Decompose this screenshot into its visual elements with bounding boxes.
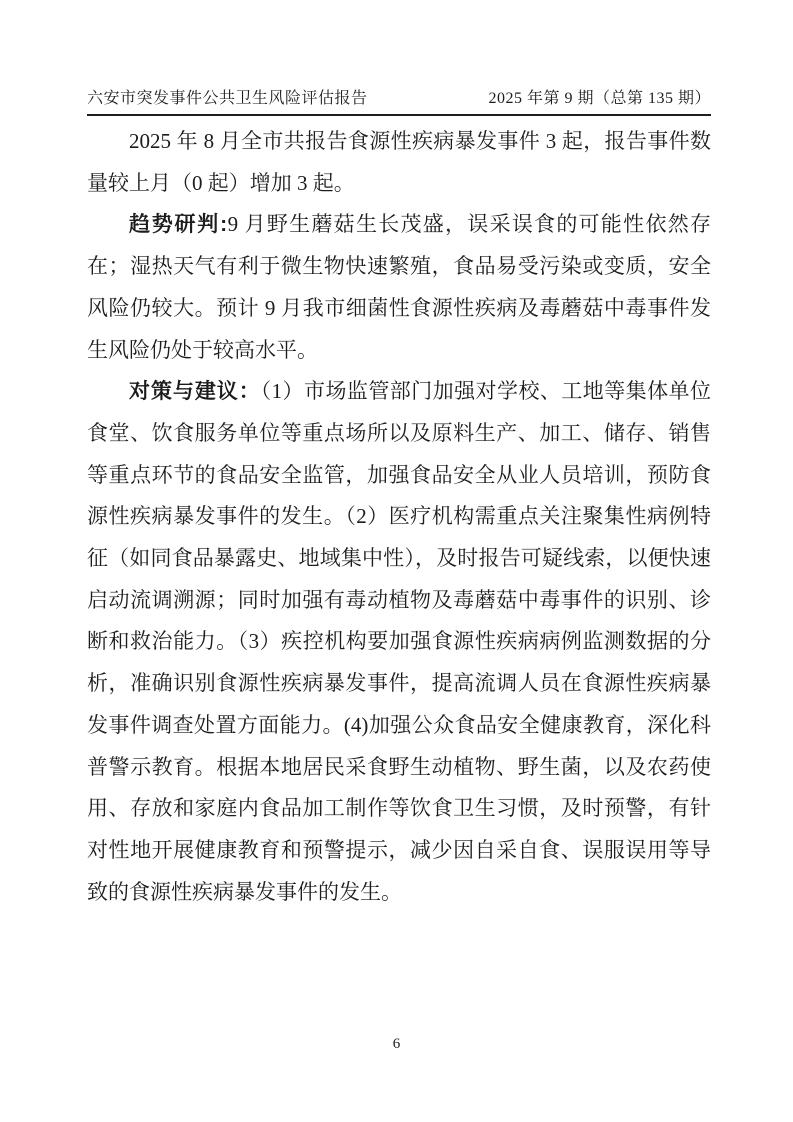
paragraph-text: 2025 年 8 月全市共报告食源性疾病暴发事件 3 起，报告事件数量较上月（0…: [87, 129, 711, 195]
header-report-title: 六安市突发事件公共卫生风险评估报告: [87, 85, 368, 108]
paragraph-lead-countermeasures: 对策与建议：: [129, 380, 261, 403]
page-header: 六安市突发事件公共卫生风险评估报告 2025 年第 9 期（总第 135 期）: [87, 85, 711, 116]
paragraph: 2025 年 8 月全市共报告食源性疾病暴发事件 3 起，报告事件数量较上月（0…: [87, 121, 711, 204]
header-issue-info: 2025 年第 9 期（总第 135 期）: [488, 85, 711, 108]
paragraph-text: （1）市场监管部门加强对学校、工地等集体单位食堂、饮食服务单位等重点场所以及原料…: [87, 379, 711, 903]
paragraph-lead-trend-analysis: 趋势研判:: [129, 213, 228, 236]
document-page: 六安市突发事件公共卫生风险评估报告 2025 年第 9 期（总第 135 期） …: [0, 0, 793, 1122]
paragraph: 趋势研判:9 月野生蘑菇生长茂盛，误采误食的可能性依然存在；湿热天气有利于微生物…: [87, 204, 711, 371]
paragraph: 对策与建议：（1）市场监管部门加强对学校、工地等集体单位食堂、饮食服务单位等重点…: [87, 371, 711, 913]
document-body: 2025 年 8 月全市共报告食源性疾病暴发事件 3 起，报告事件数量较上月（0…: [87, 121, 711, 913]
page-number: 6: [0, 1036, 793, 1053]
